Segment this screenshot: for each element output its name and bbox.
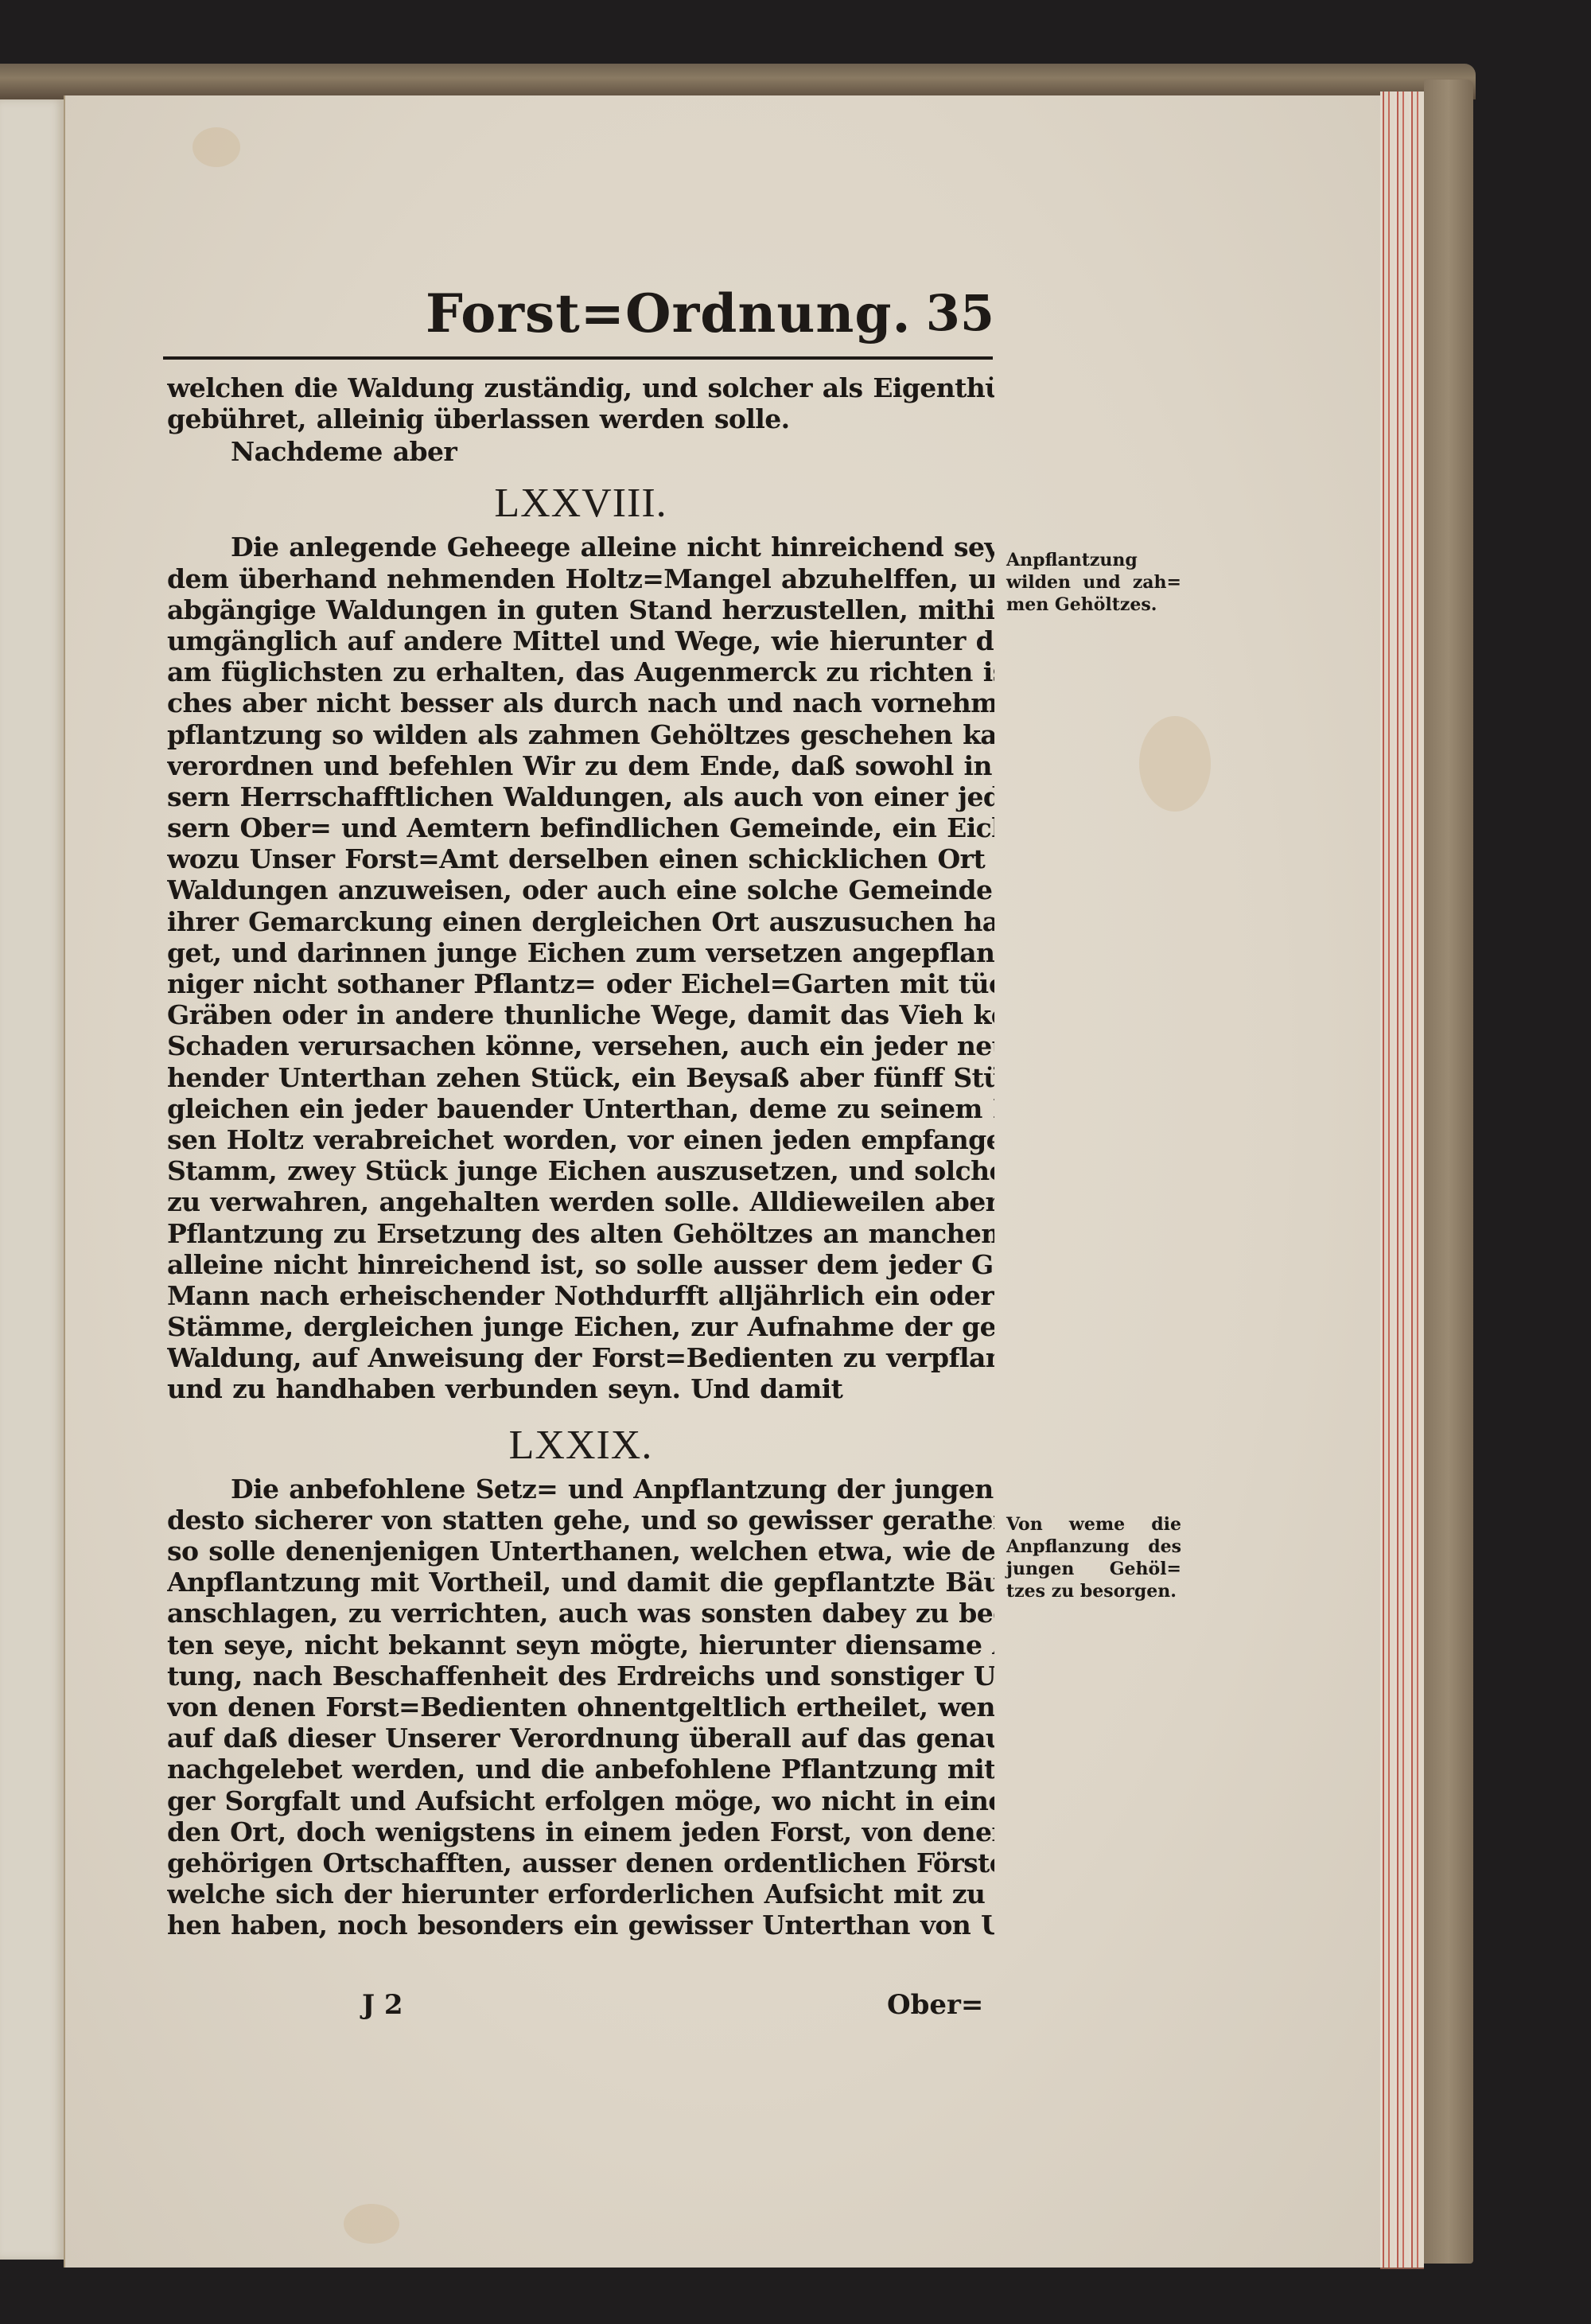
text-line: Schaden verursachen könne, versehen, auc… [167, 1030, 994, 1061]
body-text: welchen die Waldung zuständig, und solch… [167, 372, 994, 1941]
text-line: von denen Forst=Bedienten ohnentgeltlich… [167, 1691, 994, 1723]
section-gap [167, 1405, 994, 1411]
text-line: alleine nicht hinreichend ist, so solle … [167, 1249, 994, 1280]
text-line: pflantzung so wilden als zahmen Gehöltze… [167, 719, 994, 750]
book-cover-right-edge [1424, 80, 1473, 2264]
margin-note-line: wilden und zah= [1006, 571, 1181, 594]
text-line: get, und darinnen junge Eichen zum verse… [167, 937, 994, 968]
text-line: den Ort, doch wenigstens in einem jeden … [167, 1816, 994, 1847]
text-line: Mann nach erheischender Nothdurfft alljä… [167, 1280, 994, 1311]
text-line: Anpflantzung mit Vortheil, und damit die… [167, 1567, 994, 1598]
catchword: Ober= [887, 1989, 983, 2021]
text-line: und zu handhaben verbunden seyn. Und dam… [167, 1373, 994, 1404]
text-line: ger Sorgfalt und Aufsicht erfolgen möge,… [167, 1785, 994, 1816]
text-line: Die anlegende Geheege alleine nicht hinr… [167, 531, 994, 563]
book-cover-top-edge [0, 64, 1476, 99]
section-number-lxxix: LXXIX. [167, 1411, 994, 1473]
text-line: tung, nach Beschaffenheit des Erdreichs … [167, 1660, 994, 1691]
text-line: Die anbefohlene Setz= und Anpflantzung d… [167, 1473, 994, 1505]
text-line: umgänglich auf andere Mittel und Wege, w… [167, 625, 994, 656]
text-line: Waldungen anzuweisen, oder auch eine sol… [167, 874, 994, 905]
margin-note-lxxviii: Anpflantzung wilden und zah= men Gehöltz… [1006, 549, 1181, 616]
paper-stain [1139, 716, 1211, 812]
margin-note-line: Anpflantzung [1006, 549, 1181, 571]
text-line: anschlagen, zu verrichten, auch was sons… [167, 1598, 994, 1629]
margin-note-line: Von weme die [1006, 1513, 1181, 1536]
text-line: gleichen ein jeder bauender Unterthan, d… [167, 1093, 994, 1124]
margin-note-line: Anpflanzung des [1006, 1536, 1181, 1558]
text-line: Stamm, zwey Stück junge Eichen auszusetz… [167, 1155, 994, 1186]
text-line: Nachdeme aber [167, 434, 994, 469]
text-line: Gräben oder in andere thunliche Wege, da… [167, 999, 994, 1030]
section-number-lxxviii: LXXVIII. [167, 469, 994, 531]
header-rule [163, 356, 993, 360]
margin-note-line: jungen Gehöl= [1006, 1558, 1181, 1580]
text-line: auf daß dieser Unserer Verordnung überal… [167, 1723, 994, 1754]
running-title: Forst=Ordnung. [426, 282, 728, 345]
text-line: abgängige Waldungen in guten Stand herzu… [167, 594, 994, 625]
text-line: Pflantzung zu Ersetzung des alten Gehölt… [167, 1218, 994, 1249]
text-line: ches aber nicht besser als durch nach un… [167, 687, 994, 718]
text-line: sern Ober= und Aemtern befindlichen Geme… [167, 812, 994, 843]
paper-stain [193, 127, 240, 167]
text-line: niger nicht sothaner Pflantz= oder Eiche… [167, 968, 994, 999]
text-line: verordnen und befehlen Wir zu dem Ende, … [167, 750, 994, 781]
text-line: wozu Unser Forst=Amt derselben einen sch… [167, 843, 994, 874]
text-line: Waldung, auf Anweisung der Forst=Bedient… [167, 1342, 994, 1373]
margin-note-line: men Gehöltzes. [1006, 594, 1181, 616]
text-line: gehörigen Ortschafften, ausser denen ord… [167, 1847, 994, 1878]
text-line: so solle denenjenigen Unterthanen, welch… [167, 1536, 994, 1567]
text-line: hender Unterthan zehen Stück, ein Beysaß… [167, 1062, 994, 1093]
text-line: hen haben, noch besonders ein gewisser U… [167, 1909, 994, 1941]
text-line: zu verwahren, angehalten werden solle. A… [167, 1186, 994, 1217]
text-line: desto sicherer von statten gehe, und so … [167, 1505, 994, 1536]
text-line: welchen die Waldung zuständig, und solch… [167, 372, 994, 403]
page-number: 35 [926, 284, 994, 342]
signature-mark: J 2 [362, 1989, 403, 2021]
text-line: dem überhand nehmenden Holtz=Mangel abzu… [167, 563, 994, 594]
page-header: Forst=Ordnung. 35 [163, 282, 994, 354]
text-line: sern Herrschafftlichen Waldungen, als au… [167, 781, 994, 812]
text-line: gebühret, alleinig überlassen werden sol… [167, 403, 994, 434]
text-line: Stämme, dergleichen junge Eichen, zur Au… [167, 1311, 994, 1342]
text-line: nachgelebet werden, und die anbefohlene … [167, 1754, 994, 1785]
text-line: welche sich der hierunter erforderlichen… [167, 1878, 994, 1909]
facing-page-edge [0, 99, 65, 2260]
text-line: ten seye, nicht bekannt seyn mögte, hier… [167, 1629, 994, 1660]
text-line: am füglichsten zu erhalten, das Augenmer… [167, 656, 994, 687]
margin-note-line: tzes zu besorgen. [1006, 1580, 1181, 1602]
text-line: sen Holtz verabreichet worden, vor einen… [167, 1124, 994, 1155]
text-line: ihrer Gemarckung einen dergleichen Ort a… [167, 906, 994, 937]
page-fore-edge-red [1380, 91, 1424, 2269]
paper-stain [344, 2204, 399, 2244]
margin-note-lxxix: Von weme die Anpflanzung des jungen Gehö… [1006, 1513, 1181, 1602]
